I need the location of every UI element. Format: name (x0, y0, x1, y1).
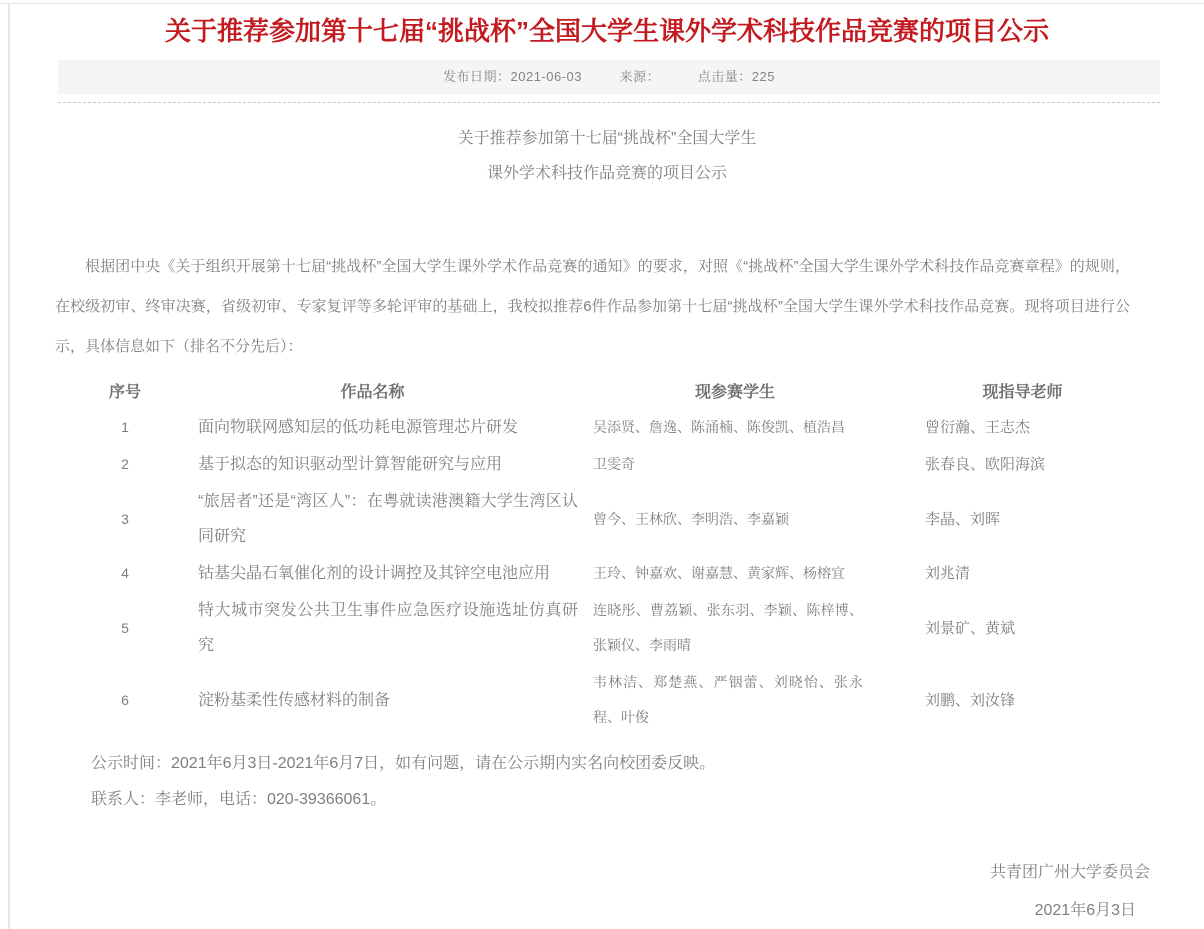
project-title-cell: 基于拟态的知识驱动型计算智能研究与应用 (160, 446, 585, 483)
table-row: 6 淀粉基柔性传感材料的制备 韦林洁、郑楚燕、严铟蕾、刘晓怡、张永程、叶俊 刘鹏… (90, 664, 1160, 736)
students-cell: 连晓彤、曹荔颖、张东羽、李颖、陈梓博、张颖仪、李雨晴 (585, 592, 885, 664)
row-number-cell: 3 (90, 483, 160, 555)
table-row: 1 面向物联网感知层的低功耗电源管理芯片研发 吴添贤、詹逸、陈涌楠、陈俊凯、植浩… (90, 409, 1160, 446)
project-title-cell: 淀粉基柔性传感材料的制备 (160, 664, 585, 736)
students-cell: 曾今、王林欣、李明浩、李嘉颖 (585, 483, 885, 555)
row-number-cell: 6 (90, 664, 160, 736)
notice-period-line: 公示时间：2021年6月3日-2021年6月7日，如有问题，请在公示期内实名向校… (91, 746, 1204, 782)
teachers-cell: 张春良、欧阳海滨 (885, 446, 1160, 483)
document-heading-line2: 课外学术科技作品竞赛的项目公示 (10, 156, 1204, 191)
hits-group: 点击量：225 (698, 69, 775, 84)
teachers-cell: 李晶、刘晖 (885, 483, 1160, 555)
column-header-index: 序号 (90, 371, 160, 409)
row-number-cell: 2 (90, 446, 160, 483)
table-row: 2 基于拟态的知识驱动型计算智能研究与应用 卫雯奇 张春良、欧阳海滨 (90, 446, 1160, 483)
page-title: 关于推荐参加第十七届“挑战杯”全国大学生课外学术科技作品竞赛的项目公示 (40, 16, 1174, 46)
signature-organization: 共青团广州大学委员会 (10, 854, 1150, 892)
column-header-students: 现参赛学生 (585, 371, 885, 409)
teachers-cell: 刘景矿、黄斌 (885, 592, 1160, 664)
teachers-cell: 刘兆清 (885, 555, 1160, 592)
table-row: 5 特大城市突发公共卫生事件应急医疗设施选址仿真研究 连晓彤、曹荔颖、张东羽、李… (90, 592, 1160, 664)
source-label: 来源： (620, 69, 661, 84)
publish-date-value: 2021-06-03 (511, 69, 583, 84)
table-header-row: 序号 作品名称 现参赛学生 现指导老师 (90, 371, 1160, 409)
signature-date: 2021年6月3日 (10, 892, 1150, 929)
publish-date-label: 发布日期： (443, 69, 511, 84)
students-cell: 王玲、钟嘉欢、谢嘉慧、黄家辉、杨榕宜 (585, 555, 885, 592)
row-number-cell: 4 (90, 555, 160, 592)
contact-line: 联系人：李老师，电话：020-39366061。 (91, 782, 1204, 818)
project-title-cell: 特大城市突发公共卫生事件应急医疗设施选址仿真研究 (160, 592, 585, 664)
article-meta-bar: 发布日期：2021-06-03 来源： 点击量：225 (58, 60, 1160, 94)
signature-block: 共青团广州大学委员会 2021年6月3日 (10, 854, 1150, 929)
project-title-cell: 钴基尖晶石氧催化剂的设计调控及其锌空电池应用 (160, 555, 585, 592)
teachers-cell: 刘鹏、刘汝锋 (885, 664, 1160, 736)
projects-table: 序号 作品名称 现参赛学生 现指导老师 1 面向物联网感知层的低功耗电源管理芯片… (90, 371, 1160, 736)
project-title-cell: “旅居者”还是“湾区人”：在粤就读港澳籍大学生湾区认同研究 (160, 483, 585, 555)
project-title-cell: 面向物联网感知层的低功耗电源管理芯片研发 (160, 409, 585, 446)
teachers-cell: 曾衍瀚、王志杰 (885, 409, 1160, 446)
row-number-cell: 1 (90, 409, 160, 446)
students-cell: 卫雯奇 (585, 446, 885, 483)
table-row: 3 “旅居者”还是“湾区人”：在粤就读港澳籍大学生湾区认同研究 曾今、王林欣、李… (90, 483, 1160, 555)
hits-count: 225 (752, 69, 775, 84)
table-row: 4 钴基尖晶石氧催化剂的设计调控及其锌空电池应用 王玲、钟嘉欢、谢嘉慧、黄家辉、… (90, 555, 1160, 592)
article-container: 关于推荐参加第十七届“挑战杯”全国大学生课外学术科技作品竞赛的项目公示 发布日期… (10, 4, 1204, 929)
source-group: 来源： (620, 69, 661, 84)
hits-label: 点击量： (698, 69, 752, 84)
column-header-teachers: 现指导老师 (885, 371, 1160, 409)
students-cell: 韦林洁、郑楚燕、严铟蕾、刘晓怡、张永程、叶俊 (585, 664, 885, 736)
footer-notes: 公示时间：2021年6月3日-2021年6月7日，如有问题，请在公示期内实名向校… (91, 746, 1204, 818)
dashed-divider (58, 102, 1160, 103)
publish-date-group: 发布日期：2021-06-03 (443, 69, 582, 84)
document-heading-line1: 关于推荐参加第十七届“挑战杯”全国大学生 (10, 121, 1204, 156)
column-header-title: 作品名称 (160, 371, 585, 409)
body-paragraph: 根据团中央《关于组织开展第十七届“挑战杯”全国大学生课外学术作品竞赛的通知》的要… (55, 247, 1130, 367)
row-number-cell: 5 (90, 592, 160, 664)
students-cell: 吴添贤、詹逸、陈涌楠、陈俊凯、植浩昌 (585, 409, 885, 446)
document-heading: 关于推荐参加第十七届“挑战杯”全国大学生 课外学术科技作品竞赛的项目公示 (10, 121, 1204, 191)
